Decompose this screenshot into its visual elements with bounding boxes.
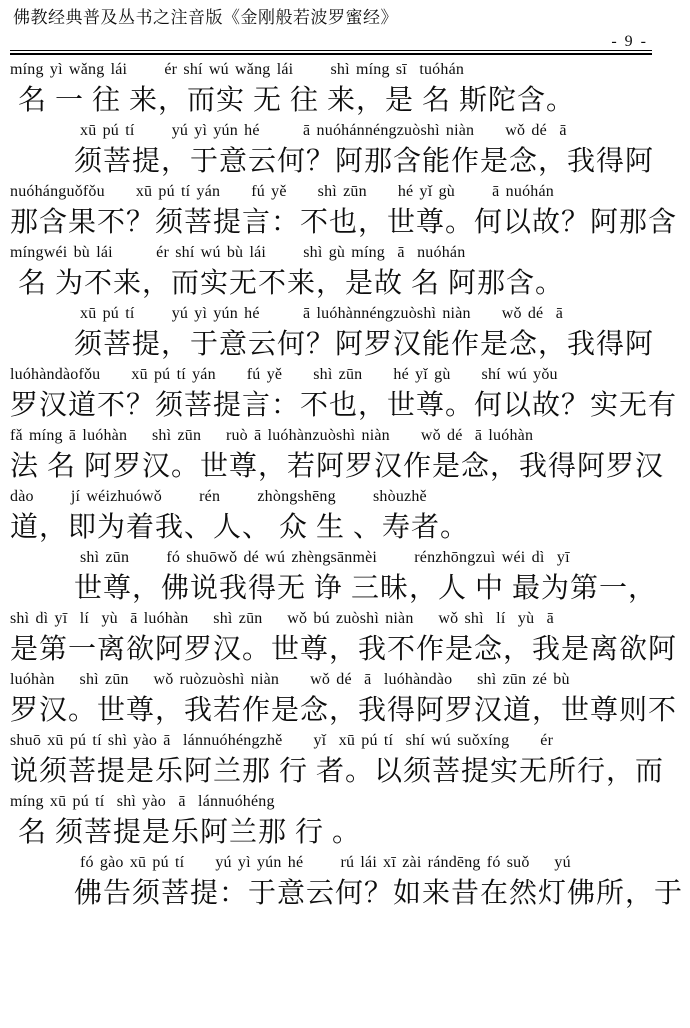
pinyin-line: fó gào xū pú tí yú yì yún hé rú lái xī z…: [10, 853, 674, 873]
hanzi-line: 罗汉。世尊，我若作是念，我得阿罗汉道，世尊则不: [10, 690, 674, 731]
verse-pair: míngwéi bù lái ér shí wú bù lái shì gù m…: [10, 243, 674, 304]
pinyin-line: shuō xū pú tí shì yào ā lánnuóhéngzhě yǐ…: [10, 731, 674, 751]
hanzi-line: 道，即为着我、人、 众 生 、寿者。: [10, 507, 674, 548]
pinyin-line: shì zūn fó shuōwǒ dé wú zhèngsānmèi rénz…: [10, 548, 674, 568]
hanzi-line: 是第一离欲阿罗汉。世尊，我不作是念，我是离欲阿: [10, 629, 674, 670]
pinyin-line: xū pú tí yú yì yún hé ā luóhànnéngzuòshì…: [10, 304, 674, 324]
verse-pair: shì zūn fó shuōwǒ dé wú zhèngsānmèi rénz…: [10, 548, 674, 609]
hanzi-line: 名 须菩提是乐阿兰那 行 。: [10, 812, 674, 853]
verse-pair: luóhàn shì zūn wǒ ruòzuòshì niàn wǒ dé ā…: [10, 670, 674, 731]
hanzi-line: 那含果不？须菩提言：不也，世尊。何以故？阿那含: [10, 202, 674, 243]
hanzi-line: 罗汉道不？须菩提言：不也，世尊。何以故？实无有: [10, 385, 674, 426]
hanzi-line: 法 名 阿罗汉。世尊，若阿罗汉作是念，我得阿罗汉: [10, 446, 674, 487]
pinyin-line: fǎ míng ā luóhàn shì zūn ruò ā luóhànzuò…: [10, 426, 674, 446]
page: 佛教经典普及丛书之注音版《金刚般若波罗蜜经》 - 9 - míng yì wǎn…: [0, 0, 690, 1028]
verse-pair: míng xū pú tí shì yào ā lánnuóhéng 名 须菩提…: [10, 792, 674, 853]
pinyin-line: shì dì yī lí yù ā luóhàn shì zūn wǒ bú z…: [10, 609, 674, 629]
pinyin-line: nuóhánguǒfǒu xū pú tí yán fú yě shì zūn …: [10, 182, 674, 202]
verse-pair: fǎ míng ā luóhàn shì zūn ruò ā luóhànzuò…: [10, 426, 674, 487]
verse-pair: míng yì wǎng lái ér shí wú wǎng lái shì …: [10, 60, 674, 121]
book-title: 佛教经典普及丛书之注音版《金刚般若波罗蜜经》: [10, 8, 674, 28]
hanzi-line: 须菩提，于意云何？阿那含能作是念，我得阿: [10, 141, 674, 182]
verse-pair: shuō xū pú tí shì yào ā lánnuóhéngzhě yǐ…: [10, 731, 674, 792]
hanzi-line: 名 一 往 来，而实 无 往 来，是 名 斯陀含。: [10, 80, 674, 121]
pinyin-line: míngwéi bù lái ér shí wú bù lái shì gù m…: [10, 243, 674, 263]
pinyin-line: luóhàn shì zūn wǒ ruòzuòshì niàn wǒ dé ā…: [10, 670, 674, 690]
verse-pair: fó gào xū pú tí yú yì yún hé rú lái xī z…: [10, 853, 674, 914]
hanzi-line: 世尊，佛说我得无 诤 三昧，人 中 最为第一，: [10, 568, 674, 609]
pinyin-line: míng yì wǎng lái ér shí wú wǎng lái shì …: [10, 60, 674, 80]
verse-pair: xū pú tí yú yì yún hé ā nuóhánnéngzuòshì…: [10, 121, 674, 182]
verse-pair: nuóhánguǒfǒu xū pú tí yán fú yě shì zūn …: [10, 182, 674, 243]
hanzi-line: 名 为不来，而实无不来，是故 名 阿那含。: [10, 263, 674, 304]
header-divider: [10, 50, 652, 55]
hanzi-line: 说须菩提是乐阿兰那 行 者。以须菩提实无所行，而: [10, 751, 674, 792]
verse-pair: dào jí wéizhuówǒ rén zhòngshēng shòuzhě …: [10, 487, 674, 548]
verse-pair: xū pú tí yú yì yún hé ā luóhànnéngzuòshì…: [10, 304, 674, 365]
pinyin-line: luóhàndàofǒu xū pú tí yán fú yě shì zūn …: [10, 365, 674, 385]
hanzi-line: 须菩提，于意云何？阿罗汉能作是念，我得阿: [10, 324, 674, 365]
pinyin-line: míng xū pú tí shì yào ā lánnuóhéng: [10, 792, 674, 812]
verse-pair: shì dì yī lí yù ā luóhàn shì zūn wǒ bú z…: [10, 609, 674, 670]
pinyin-line: dào jí wéizhuówǒ rén zhòngshēng shòuzhě: [10, 487, 674, 507]
hanzi-line: 佛告须菩提：于意云何？如来昔在然灯佛所，于: [10, 873, 674, 914]
scripture-content: míng yì wǎng lái ér shí wú wǎng lái shì …: [10, 60, 674, 914]
verse-pair: luóhàndàofǒu xū pú tí yán fú yě shì zūn …: [10, 365, 674, 426]
page-number: - 9 -: [10, 33, 674, 50]
pinyin-line: xū pú tí yú yì yún hé ā nuóhánnéngzuòshì…: [10, 121, 674, 141]
